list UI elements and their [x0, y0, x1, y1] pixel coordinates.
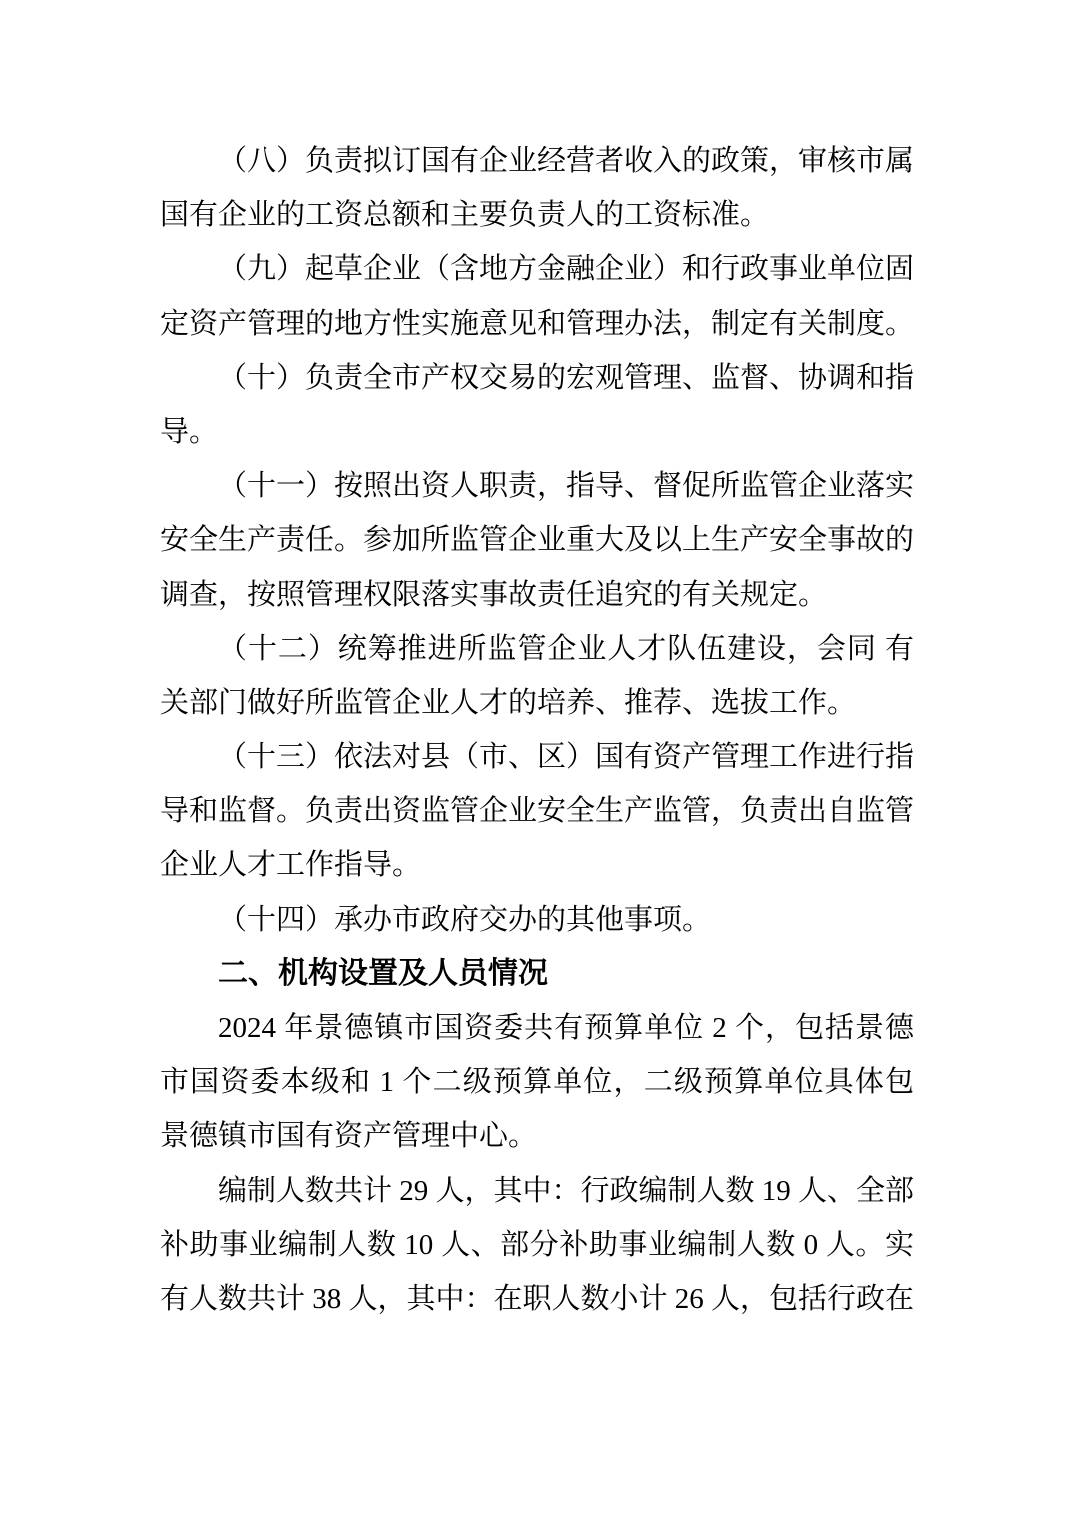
text-line: 调查，按照管理权限落实事故责任追究的有关规定。: [160, 568, 914, 622]
text-line: 定资产管理的地方性实施意见和管理办法，制定有关制度。: [160, 297, 914, 351]
paragraph: 2024 年景德镇市国资委共有预算单位 2 个，包括景德镇市国资委本级和 1 个…: [160, 1001, 914, 1164]
text-line: （十三）依法对县（市、区）国有资产管理工作进行指: [160, 730, 914, 784]
text-line: 导和监督。负责出资监管企业安全生产监管，负责出自监管: [160, 784, 914, 838]
paragraph: （十二）统筹推进所监管企业人才队伍建设，会同 有关部门做好所监管企业人才的培养、…: [160, 622, 914, 730]
text-line: 国有企业的工资总额和主要负责人的工资标准。: [160, 188, 914, 242]
text-line: （十）负责全市产权交易的宏观管理、监督、协调和指: [160, 351, 914, 405]
text-line: （九）起草企业（含地方金融企业）和行政事业单位固: [160, 242, 914, 296]
paragraph: （八）负责拟订国有企业经营者收入的政策，审核市属国有企业的工资总额和主要负责人的…: [160, 134, 914, 242]
text-line: （八）负责拟订国有企业经营者收入的政策，审核市属: [160, 134, 914, 188]
paragraph: （九）起草企业（含地方金融企业）和行政事业单位固定资产管理的地方性实施意见和管理…: [160, 242, 914, 350]
text-line: 2024 年景德镇市国资委共有预算单位 2 个，包括景德镇: [160, 1001, 914, 1055]
paragraph: （十）负责全市产权交易的宏观管理、监督、协调和指导。: [160, 351, 914, 459]
document-body: （八）负责拟订国有企业经营者收入的政策，审核市属国有企业的工资总额和主要负责人的…: [160, 134, 914, 1326]
text-line: 安全生产责任。参加所监管企业重大及以上生产安全事故的: [160, 513, 914, 567]
text-line: 编制人数共计 29 人，其中：行政编制人数 19 人、全部: [160, 1164, 914, 1218]
text-line: 补助事业编制人数 10 人、部分补助事业编制人数 0 人。实: [160, 1218, 914, 1272]
section-heading: 二、机构设置及人员情况: [160, 947, 914, 1001]
text-line: 导。: [160, 405, 914, 459]
paragraph: （十四）承办市政府交办的其他事项。: [160, 893, 914, 947]
paragraph: 编制人数共计 29 人，其中：行政编制人数 19 人、全部补助事业编制人数 10…: [160, 1164, 914, 1327]
document-page: （八）负责拟订国有企业经营者收入的政策，审核市属国有企业的工资总额和主要负责人的…: [0, 0, 1074, 1520]
text-line: 市国资委本级和 1 个二级预算单位，二级预算单位具体包括：: [160, 1055, 914, 1109]
text-line: 有人数共计 38 人，其中：在职人数小计 26 人，包括行政在: [160, 1272, 914, 1326]
paragraph: （十三）依法对县（市、区）国有资产管理工作进行指导和监督。负责出资监管企业安全生…: [160, 730, 914, 893]
text-line: 景德镇市国有资产管理中心。: [160, 1109, 914, 1163]
text-line: 二、机构设置及人员情况: [160, 947, 914, 1001]
paragraph: （十一）按照出资人职责，指导、督促所监管企业落实安全生产责任。参加所监管企业重大…: [160, 459, 914, 622]
text-line: 企业人才工作指导。: [160, 838, 914, 892]
text-line: （十二）统筹推进所监管企业人才队伍建设，会同 有: [160, 622, 914, 676]
text-line: （十一）按照出资人职责，指导、督促所监管企业落实: [160, 459, 914, 513]
text-line: 关部门做好所监管企业人才的培养、推荐、选拔工作。: [160, 676, 914, 730]
text-line: （十四）承办市政府交办的其他事项。: [160, 893, 914, 947]
